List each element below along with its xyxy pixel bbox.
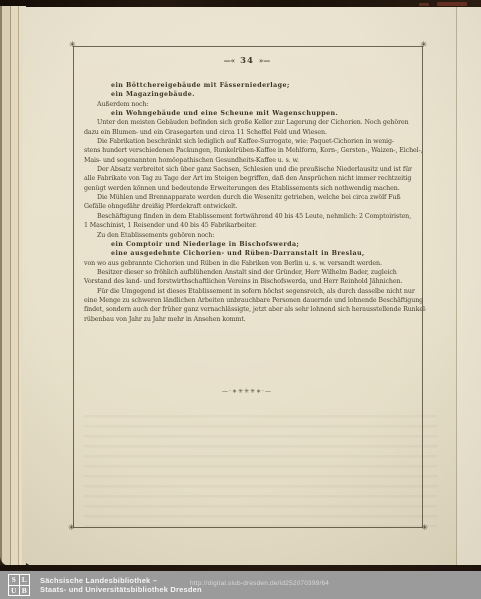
text-line: eine Menge zu schweren ländlichen Arbeit… <box>84 296 426 305</box>
text-line: alle Fabrikate von Tag zu Tage der Art i… <box>84 174 426 183</box>
text-line: ein Böttchereigebäude mit Fässerniederla… <box>111 81 426 90</box>
text-line: dazu ein Blumen- und ein Grasegarten und… <box>84 128 426 137</box>
library-name-line2: Staats- und Universitätsbibliothek Dresd… <box>40 585 202 595</box>
text-line: Gefälle ohngefähr dreißig Pferdekraft en… <box>84 202 426 211</box>
text-line: ein Wohngebäude und eine Scheune mit Wag… <box>111 109 426 118</box>
spine-label-speck <box>419 3 429 6</box>
footer-url: http://digital.slub-dresden.de/id2520703… <box>190 580 329 587</box>
page-number-value: 34 <box>240 56 254 66</box>
slub-logo-letter: B <box>20 586 30 596</box>
text-line: Zu den Etablissements gehören noch: <box>97 231 426 240</box>
text-line: Unter den meisten Gebäuden befinden sich… <box>97 118 426 127</box>
text-line: 1 Maschinist, 1 Reisender und 40 bis 45 … <box>84 221 426 230</box>
header-ornament-left: —« <box>224 56 235 65</box>
text-line: Die Mühlen und Brennapparate werden durc… <box>97 193 426 202</box>
page-right-edge <box>456 7 481 566</box>
corner-ornament: ✳ <box>69 41 76 49</box>
header-ornament-right: »— <box>259 56 270 65</box>
text-line: Außerdem noch: <box>97 100 426 109</box>
scanned-page-viewer: ✳ ✳ ✳ ✳ —«34»— ein Böttchereigebäude mit… <box>0 0 481 599</box>
footer-bar: S L U B Sächsische Landesbibliothek – St… <box>0 571 481 599</box>
corner-ornament: ✳ <box>420 41 427 49</box>
text-line: Vorstand des land- und forstwirthschaftl… <box>84 277 426 286</box>
text-line: Mais- und sogenannten homöopathischen Ge… <box>84 156 426 165</box>
text-line: Für die Umgegend ist dieses Etablissemen… <box>97 287 426 296</box>
text-line: Beschäftigung finden in dem Etablissemen… <box>97 212 426 221</box>
page-number: —«34»— <box>73 56 421 66</box>
text-line: eine ausgedehnte Cichorien- und Rüben-Da… <box>111 249 426 258</box>
scanned-page: ✳ ✳ ✳ ✳ —«34»— ein Böttchereigebäude mit… <box>22 7 481 566</box>
text-line: von wo aus gebrannte Cichorien und Rüben… <box>84 259 426 268</box>
divider-ornament: —·∗✳✳✳∗·— <box>73 388 421 395</box>
slub-logo-letter: U <box>9 586 19 596</box>
verso-bleed-through <box>84 415 437 527</box>
library-name-line1: Sächsische Landesbibliothek – <box>40 576 202 586</box>
spine-label-speck <box>437 2 467 6</box>
body-text: ein Böttchereigebäude mit Fässerniederla… <box>84 81 426 331</box>
library-name: Sächsische Landesbibliothek – Staats- un… <box>40 576 202 595</box>
text-line: Die Fabrikation beschränkt sich lediglic… <box>97 137 426 146</box>
text-line: stens hundert verschiedenen Packungen, R… <box>84 146 426 155</box>
text-line: ein Magazingebäude. <box>111 90 426 99</box>
slub-logo-letter: S <box>9 575 19 585</box>
slub-logo: S L U B <box>8 574 30 596</box>
text-line: Der Absatz verbreitet sich über ganz Sac… <box>97 165 426 174</box>
text-line: ein Comptoir und Niederlage in Bischofsw… <box>111 240 426 249</box>
text-line: rübenbau von Jahr zu Jahr mehr in Ansehe… <box>84 315 426 324</box>
text-line: findet, sondern auch der früher ganz ver… <box>84 305 426 314</box>
text-line: genügt werden können und bedeutende Erwe… <box>84 184 426 193</box>
slub-logo-letter: L <box>20 575 30 585</box>
corner-ornament: ✳ <box>68 524 75 532</box>
text-line: Besitzer dieser so fröhlich aufblühenden… <box>97 268 426 277</box>
